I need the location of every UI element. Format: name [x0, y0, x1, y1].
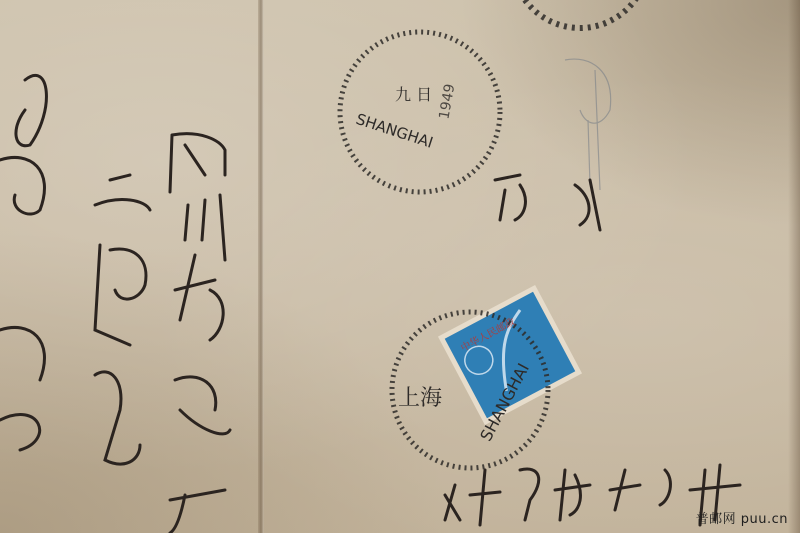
postmark-chinese-text: 九 日	[395, 85, 432, 104]
site-watermark: 普邮网 puu.cn	[696, 508, 788, 527]
pencil-marks	[565, 59, 611, 190]
cover-artwork: SHANGHAI 九 日 1949 中华人民邮政 SHANGHAI 上海	[0, 0, 800, 533]
postmark-city-text: SHANGHAI	[354, 110, 436, 152]
postmark-date-text: 1949	[436, 83, 458, 121]
handwritten-address	[0, 75, 740, 533]
postmark2-chinese-text: 上海	[398, 386, 442, 411]
shanghai-postmark: SHANGHAI 九 日 1949	[340, 32, 500, 192]
top-postmark	[512, 0, 648, 28]
